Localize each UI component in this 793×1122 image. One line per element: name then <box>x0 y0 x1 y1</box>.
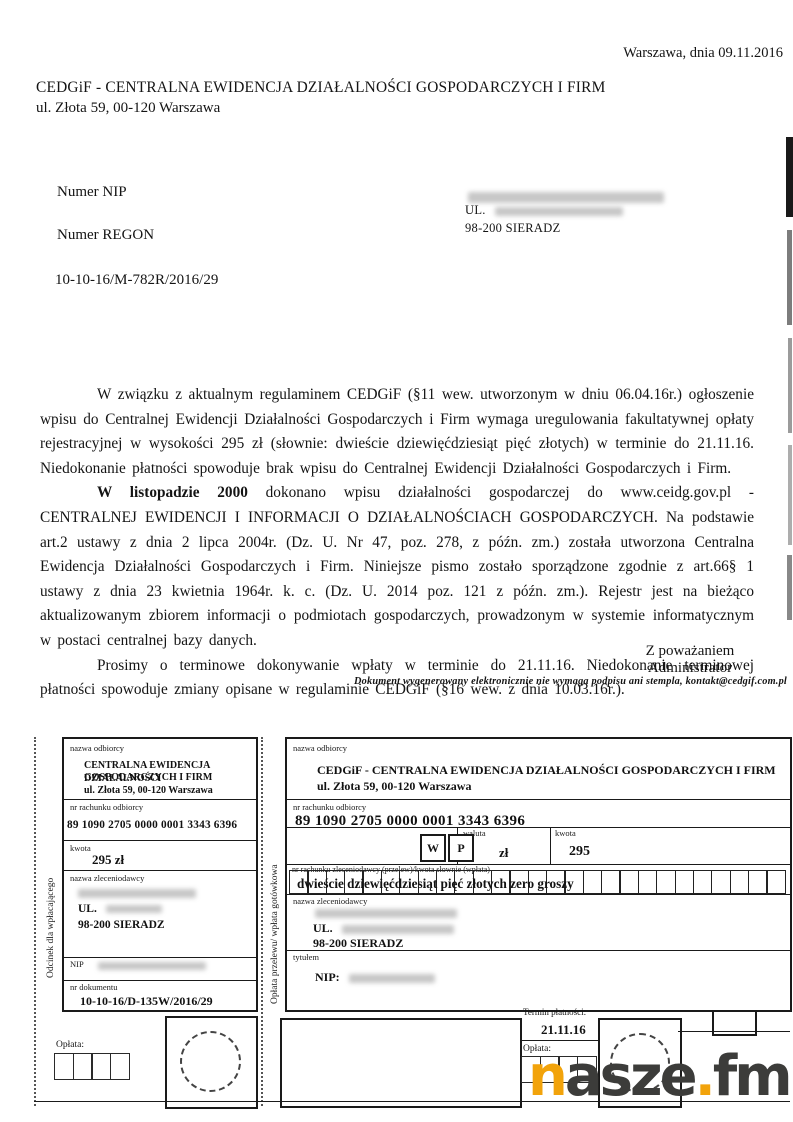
tytulem-nip-redacted <box>349 974 435 983</box>
character-box <box>656 870 676 894</box>
fee-box <box>110 1053 130 1080</box>
character-box <box>693 870 713 894</box>
recipient-street-prefix: UL. <box>465 203 486 217</box>
transfer-type-w-box: W <box>420 834 446 862</box>
character-box <box>601 870 621 894</box>
left-document-number: 10-10-16/D-135W/2016/29 <box>80 994 213 1009</box>
divider-line <box>64 980 256 981</box>
character-box <box>711 870 731 894</box>
character-box <box>730 870 750 894</box>
recipient-street: UL. <box>465 203 623 218</box>
left-street-prefix: UL. <box>78 903 97 915</box>
divider-line <box>64 799 256 800</box>
right-odbiorca-line1: CEDGiF - CENTRALNA EWIDENCJA DZIAŁALNOŚC… <box>317 763 776 778</box>
scan-artifact <box>787 230 792 325</box>
corner-box <box>712 1010 757 1036</box>
paragraph-2-bold: W listopadzie 2000 <box>97 484 248 501</box>
regon-label: Numer REGON <box>57 227 154 244</box>
left-zleceniodawca-city: 98-200 SIERADZ <box>78 919 165 931</box>
left-oplata-label: Opłata: <box>56 1040 84 1050</box>
termin-platnosci-label: Termin płatności: <box>523 1007 586 1017</box>
perforation-line-middle <box>261 737 263 1106</box>
termin-platnosci-value: 21.11.16 <box>541 1022 586 1038</box>
right-street-prefix: UL. <box>313 921 333 935</box>
character-box <box>748 870 768 894</box>
right-kwota-label: kwota <box>555 828 576 838</box>
right-account-number: 89 1090 2705 0000 0001 3343 6396 <box>295 813 525 830</box>
right-zleceniodawca-street: UL. <box>313 921 454 936</box>
left-strip-label: Odcinek dla wpłacającego <box>46 878 56 978</box>
closing-block: Z poważaniem Administrator <box>615 643 765 677</box>
paragraph-2-rest: dokonano wpisu działalności gospodarczej… <box>40 484 754 649</box>
recipient-name-redacted <box>468 192 664 203</box>
watermark-asze: asze <box>565 1044 695 1109</box>
stamp-circle <box>180 1031 241 1092</box>
character-box <box>619 870 639 894</box>
right-nazwa-odbiorcy-label: nazwa odbiorcy <box>293 743 347 753</box>
payment-slip-left: nazwa odbiorcy CENTRALNA EWIDENCJA DZIAŁ… <box>62 737 258 1012</box>
tytulem-label: tytułem <box>293 952 319 962</box>
right-kwota-value: 295 <box>569 844 590 860</box>
electronic-footnote: Dokument wygenerowany elektronicznie nie… <box>354 676 787 687</box>
sender-address: ul. Złota 59, 00-120 Warszawa <box>36 100 220 117</box>
fee-box <box>54 1053 74 1080</box>
right-zleceniodawca-label: nazwa zleceniodawcy <box>293 896 367 906</box>
left-zleceniodawca-street: UL. <box>78 903 162 915</box>
payment-slip-right: nazwa odbiorcy CEDGiF - CENTRALNA EWIDEN… <box>285 737 792 1012</box>
left-oplata-boxes <box>54 1053 130 1080</box>
divider-line <box>64 957 256 958</box>
character-box <box>675 870 695 894</box>
watermark-dot: . <box>695 1044 713 1109</box>
paragraph-2: W listopadzie 2000 dokonano wpisu działa… <box>40 481 754 653</box>
nasze-fm-watermark: nasze.fm <box>528 1049 790 1105</box>
bottom-empty-box <box>280 1018 522 1108</box>
left-stamp-box <box>165 1016 258 1109</box>
reference-number: 10-10-16/M-782R/2016/29 <box>55 272 218 289</box>
right-zleceniodawca-city: 98-200 SIERADZ <box>313 936 403 951</box>
character-box <box>638 870 658 894</box>
right-nr-rachunku-label: nr rachunku odbiorcy <box>293 802 366 812</box>
waluta-value: zł <box>499 845 508 861</box>
divider-line <box>64 870 256 871</box>
left-nip-redacted <box>98 962 206 970</box>
closing-phrase: Z poważaniem <box>615 643 765 660</box>
left-odbiorca-line2: GOSPODARCZYCH I FIRM <box>84 772 212 783</box>
nip-label: Numer NIP <box>57 184 127 201</box>
left-odbiorca-line3: ul. Złota 59, 00-120 Warszawa <box>84 785 213 796</box>
paragraph-1: W związku z aktualnym regulaminem CEDGiF… <box>40 383 754 481</box>
watermark-n: n <box>528 1044 565 1109</box>
divider-line <box>550 827 551 864</box>
left-nip-label: NIP <box>70 959 84 969</box>
kwota-slownie-text: dwieście dziewięćdziesiąt pięć złotych z… <box>297 876 574 892</box>
left-account-number: 89 1090 2705 0000 0001 3343 6396 <box>67 819 237 831</box>
divider-line <box>520 1040 600 1041</box>
left-nr-rachunku-label: nr rachunku odbiorcy <box>70 802 143 812</box>
scanned-letter-page: Warszawa, dnia 09.11.2016 CEDGiF - CENTR… <box>0 0 793 1122</box>
letter-date: Warszawa, dnia 09.11.2016 <box>623 45 783 62</box>
fee-box <box>73 1053 93 1080</box>
tytulem-value: NIP: <box>315 970 435 985</box>
scan-artifact <box>786 137 793 217</box>
scan-artifact <box>787 555 792 620</box>
left-street-redacted <box>106 905 162 913</box>
waluta-label: waluta <box>463 828 486 838</box>
watermark-fm: fm <box>713 1044 790 1109</box>
divider-line <box>287 894 790 895</box>
scan-artifact <box>788 445 792 545</box>
tytulem-nip-prefix: NIP: <box>315 970 340 984</box>
recipient-street-redacted <box>495 207 623 216</box>
recipient-city: 98-200 SIERADZ <box>465 221 561 236</box>
fee-box <box>91 1053 111 1080</box>
middle-strip-label: Opłata przelewu/ wpłata gotówkowa <box>270 864 280 1004</box>
right-zleceniodawca-redacted <box>315 909 457 918</box>
transfer-type-p-box: P <box>448 834 474 862</box>
left-nazwa-odbiorcy-label: nazwa odbiorcy <box>70 743 124 753</box>
right-street-redacted <box>342 925 454 934</box>
left-kwota-label: kwota <box>70 843 91 853</box>
character-box <box>766 870 786 894</box>
left-zleceniodawca-label: nazwa zleceniodawcy <box>70 873 144 883</box>
right-odbiorca-line2: ul. Złota 59, 00-120 Warszawa <box>317 779 471 794</box>
left-kwota-value: 295 zł <box>92 852 124 868</box>
divider-line <box>287 799 790 800</box>
left-nr-dokumentu-label: nr dokumentu <box>70 982 117 992</box>
perforation-line-left <box>34 737 36 1106</box>
left-zleceniodawca-redacted <box>78 889 196 898</box>
scan-artifact <box>788 338 792 433</box>
sender-name: CEDGiF - CENTRALNA EWIDENCJA DZIAŁALNOŚC… <box>36 79 605 97</box>
character-box <box>583 870 603 894</box>
divider-line <box>64 840 256 841</box>
signature: Administrator <box>615 660 765 677</box>
